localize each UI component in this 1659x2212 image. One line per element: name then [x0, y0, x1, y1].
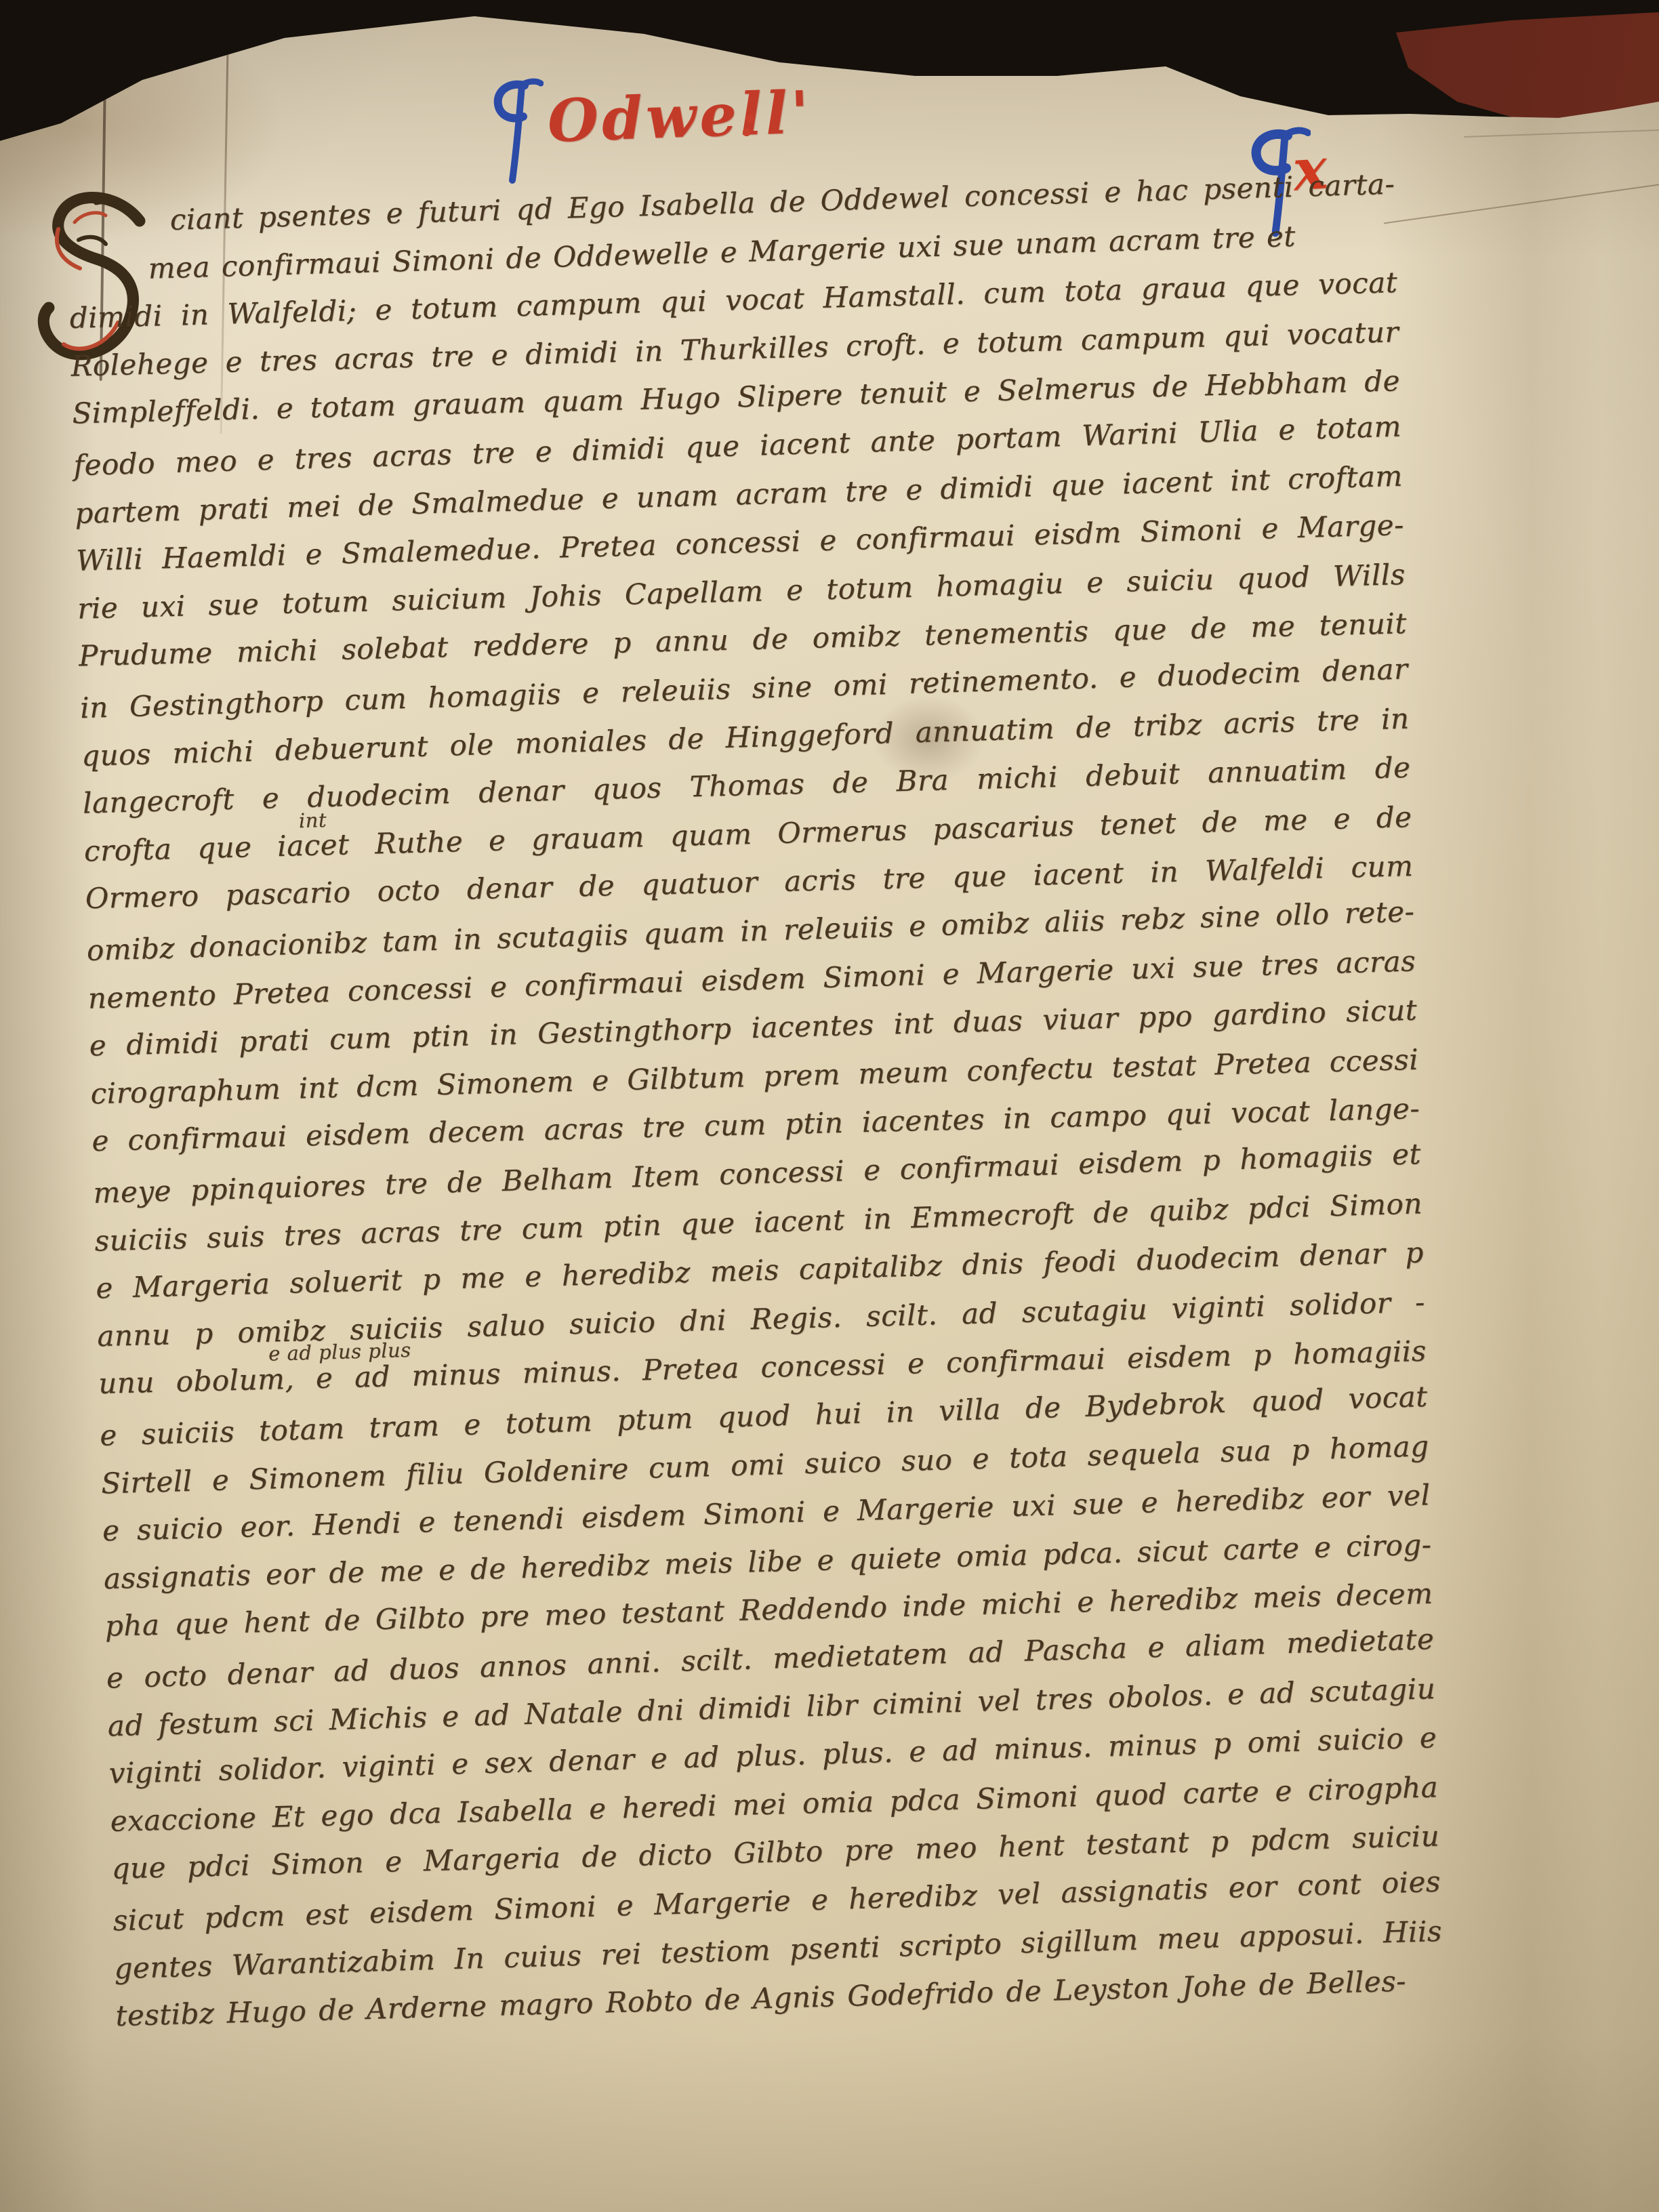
photo-vignette	[0, 0, 1659, 2212]
manuscript-photo: { "page": { "folio_number": "453", "head…	[0, 0, 1659, 2212]
parchment-page: Odwell' : x 453 ciant psentes e futuri q…	[0, 0, 1659, 2212]
